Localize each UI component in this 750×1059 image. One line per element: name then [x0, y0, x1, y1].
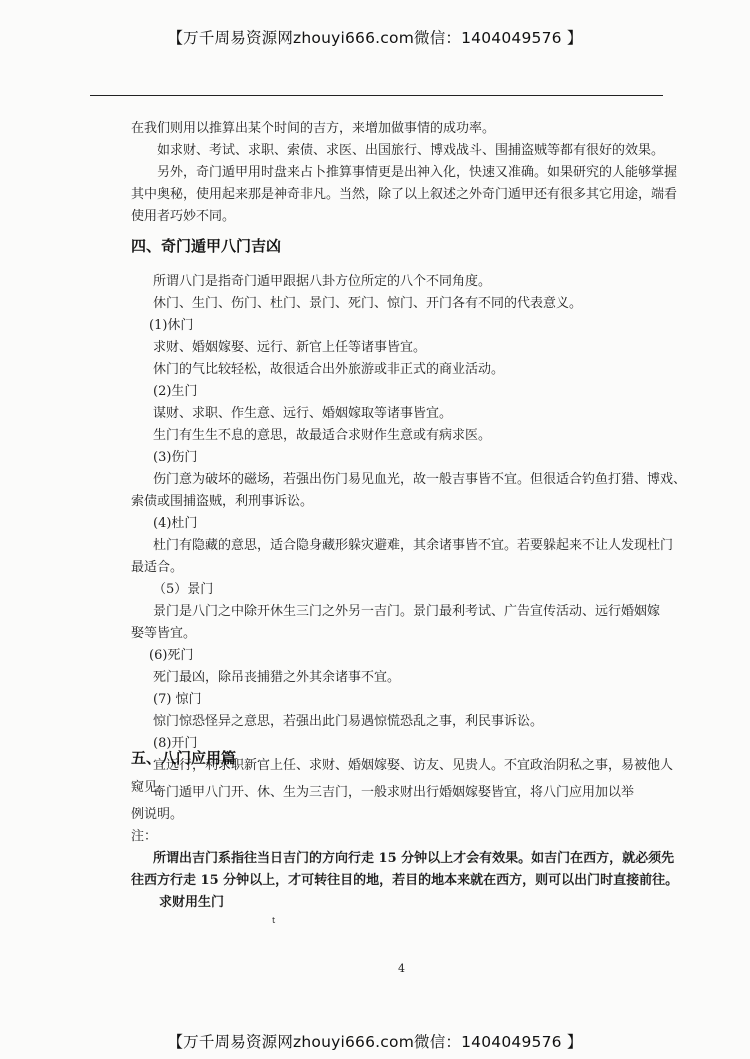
body-line: 景门是八门之中除开休生三门之外另一吉门。景门最利考试、广告宣传活动、远行婚姻嫁	[153, 604, 660, 620]
body-line: 奇门遁甲八门开、休、生为三吉门，一般求财出行婚姻嫁娶皆宜，将八门应用加以举	[153, 785, 634, 801]
body-line: 惊门惊恐怪异之意思，若强出此门易遇惊慌恐乱之事，利民事诉讼。	[153, 714, 543, 730]
watermark-banner-top: 【万千周易资源网zhouyi666.com微信：1404049576 】	[0, 26, 750, 48]
subheading-xiumen: (1)休门	[149, 318, 193, 334]
body-line: 例说明。	[131, 807, 183, 823]
subheading-simen: (6)死门	[149, 648, 193, 664]
subheading-shangmen: (3)伤门	[153, 450, 197, 466]
body-line: 休门的气比较轻松，故很适合出外旅游或非正式的商业活动。	[153, 362, 504, 378]
page-number: 4	[398, 962, 405, 975]
body-line: 求财、婚姻嫁娶、远行、新官上任等诸事皆宜。	[153, 340, 426, 356]
note-line: 往西方行走 15 分钟以上，才可转往目的地，若目的地本来就在西方，则可以出门时直…	[131, 873, 678, 889]
intro-line: 在我们则用以推算出某个时间的吉方，来增加做事情的成功率。	[131, 121, 495, 137]
subheading-jingmen-scene: （5）景门	[153, 582, 213, 598]
intro-line: 其中奥秘，使用起来那是神奇非凡。当然，除了以上叙述之外奇门遁甲还有很多其它用途，…	[131, 187, 677, 203]
subheading-qiucai: 求财用生门	[159, 895, 224, 911]
body-line: 娶等皆宜。	[131, 626, 196, 642]
body-line: 所谓八门是指奇门遁甲跟据八卦方位所定的八个不同角度。	[153, 274, 491, 290]
body-line: 杜门有隐藏的意思，适合隐身藏形躲灾避难，其余诸事皆不宜。若要躲起来不让人发现杜门	[153, 538, 673, 554]
body-line: 谋财、求职、作生意、远行、婚姻嫁取等诸事皆宜。	[153, 406, 452, 422]
body-line: 生门有生生不息的意思，故最适合求财作生意或有病求医。	[153, 428, 491, 444]
body-line: 死门最凶，除吊丧捕猎之外其余诸事不宜。	[153, 670, 400, 686]
intro-line: 使用者巧妙不同。	[131, 209, 235, 225]
watermark-banner-bottom: 【万千周易资源网zhouyi666.com微信：1404049576 】	[0, 1030, 750, 1052]
intro-line: 另外，奇门遁甲用时盘来占卜推算事情更是出神入化，快速又准确。如果研究的人能够掌握	[157, 165, 677, 181]
section-heading-five: 五、八门应用篇	[131, 747, 236, 768]
scan-speck: t	[272, 916, 275, 925]
subheading-shengmen: (2)生门	[153, 384, 197, 400]
body-line: 索债或围捕盗贼，利刑事诉讼。	[131, 494, 313, 510]
body-line: 最适合。	[131, 560, 183, 576]
header-rule	[90, 95, 663, 96]
note-label: 注：	[131, 829, 157, 845]
body-line: 休门、生门、伤门、杜门、景门、死门、惊门、开门各有不同的代表意义。	[153, 296, 582, 312]
note-line: 所谓出吉门系指往当日吉门的方向行走 15 分钟以上才会有效果。如吉门在西方，就必…	[153, 851, 674, 867]
body-line: 伤门意为破坏的磁场，若强出伤门易见血光，故一般吉事皆不宜。但很适合钓鱼打猎、博戏…	[153, 472, 686, 488]
intro-line: 如求财、考试、求职、索债、求医、出国旅行、博戏战斗、围捕盗贼等都有很好的效果。	[157, 143, 664, 159]
subheading-dumen: (4)杜门	[153, 516, 197, 532]
subheading-jingmen-fear: (7) 惊门	[153, 692, 202, 708]
section-heading-four: 四、奇门遁甲八门吉凶	[131, 235, 281, 256]
